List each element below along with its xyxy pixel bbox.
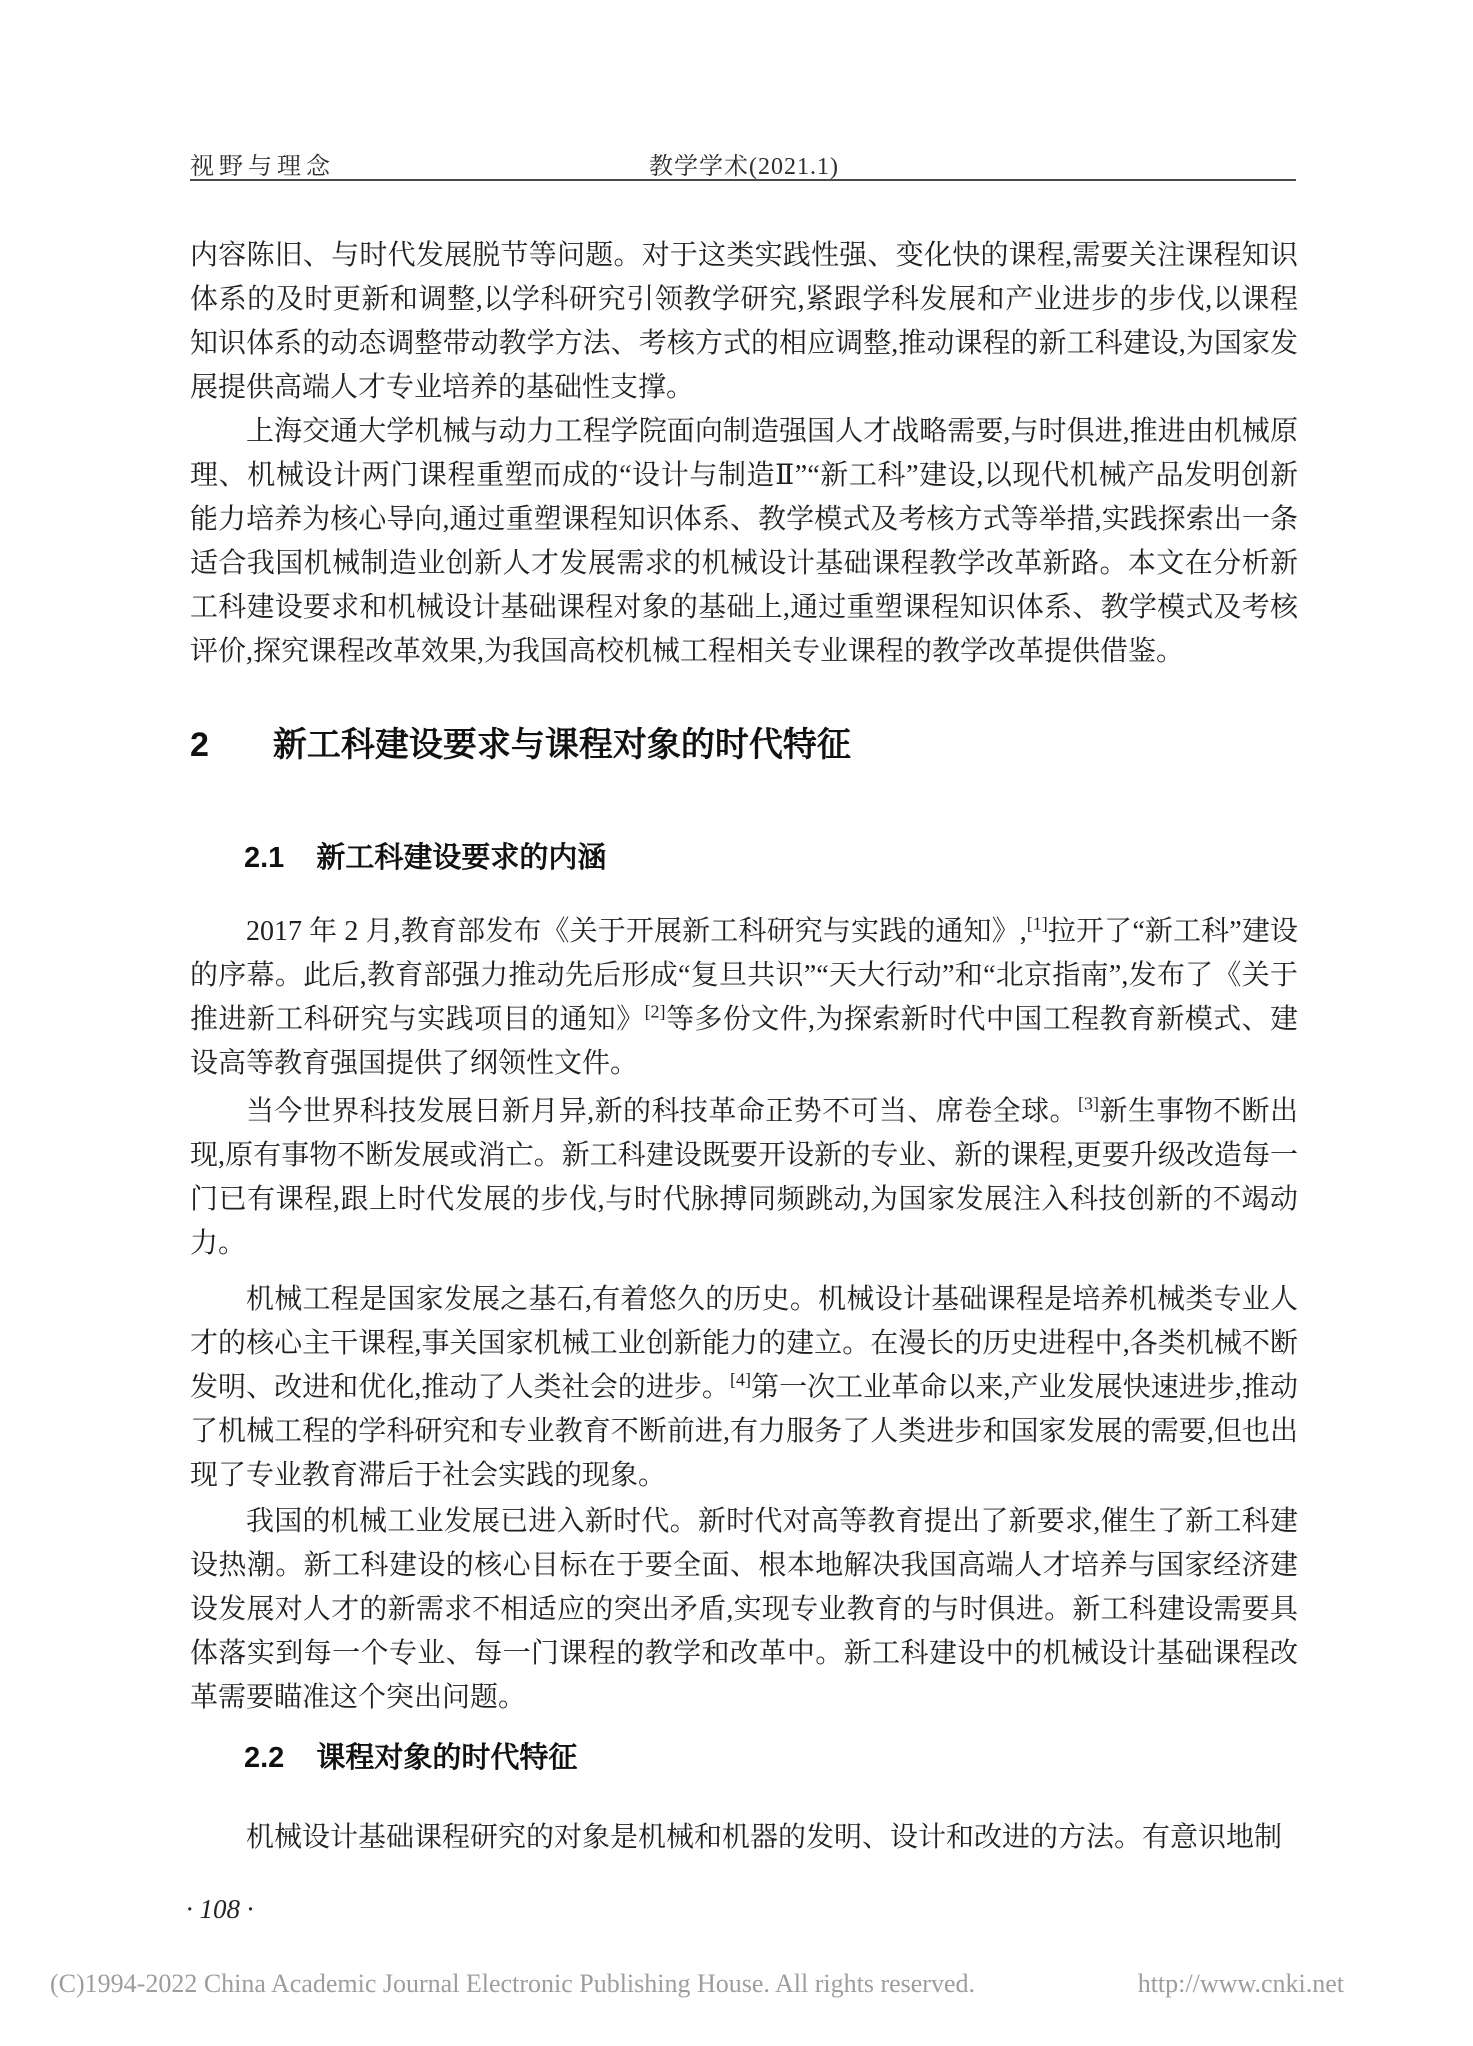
section-2-2-title: 课程对象的时代特征 [316, 1742, 577, 1774]
paragraph-intro: 上海交通大学机械与动力工程学院面向制造强国人才战略需要,与时俱进,推进由机械原理… [190, 410, 1298, 674]
section-2-title: 新工科建设要求与课程对象的时代特征 [273, 726, 851, 764]
section-2-1-title: 新工科建设要求的内涵 [316, 842, 606, 874]
section-2-heading: 2新工科建设要求与课程对象的时代特征 [190, 720, 1298, 770]
citation-marker: [2] [645, 1002, 666, 1022]
citation-marker: [1] [1027, 914, 1048, 934]
section-2-1-heading: 2.1新工科建设要求的内涵 [190, 836, 1298, 880]
copyright-footer: (C)1994-2022 China Academic Journal Elec… [50, 1969, 1344, 1999]
paragraph-2017-notice: 2017 年 2 月,教育部发布《关于开展新工科研究与实践的通知》,[1]拉开了… [190, 910, 1298, 1086]
section-2-number: 2 [190, 726, 209, 764]
citation-marker: [4] [730, 1370, 751, 1390]
paragraph-new-era: 我国的机械工业发展已进入新时代。新时代对高等教育提出了新要求,催生了新工科建设热… [190, 1500, 1298, 1720]
header-divider [190, 179, 1296, 181]
paragraph-course-object: 机械设计基础课程研究的对象是机械和机器的发明、设计和改进的方法。有意识地制 [190, 1816, 1298, 1860]
article-body: 内容陈旧、与时代发展脱节等问题。对于这类实践性强、变化快的课程,需要关注课程知识… [190, 234, 1298, 1860]
paragraph-continued: 内容陈旧、与时代发展脱节等问题。对于这类实践性强、变化快的课程,需要关注课程知识… [190, 234, 1298, 410]
column-section-label: 视野与理念 [190, 154, 335, 180]
section-2-1-number: 2.1 [244, 842, 284, 874]
copyright-text: (C)1994-2022 China Academic Journal Elec… [50, 1969, 975, 1999]
page-header: 视野与理念 教学学术(2021.1) [190, 146, 1298, 181]
section-2-2-heading: 2.2课程对象的时代特征 [190, 1736, 1298, 1780]
footer-url: http://www.cnki.net [1138, 1969, 1344, 1999]
citation-marker: [3] [1078, 1094, 1099, 1114]
journal-issue-label: 教学学术(2021.1) [649, 146, 839, 181]
document-page: 视野与理念 教学学术(2021.1) 内容陈旧、与时代发展脱节等问题。对于这类实… [0, 0, 1473, 2046]
paragraph-mechanical-history: 机械工程是国家发展之基石,有着悠久的历史。机械设计基础课程是培养机械类专业人才的… [190, 1278, 1298, 1498]
section-2-2-number: 2.2 [244, 1742, 284, 1774]
paragraph-world-tech: 当今世界科技发展日新月异,新的科技革命正势不可当、席卷全球。[3]新生事物不断出… [190, 1090, 1298, 1266]
page-number: · 108 · [186, 1894, 254, 1925]
